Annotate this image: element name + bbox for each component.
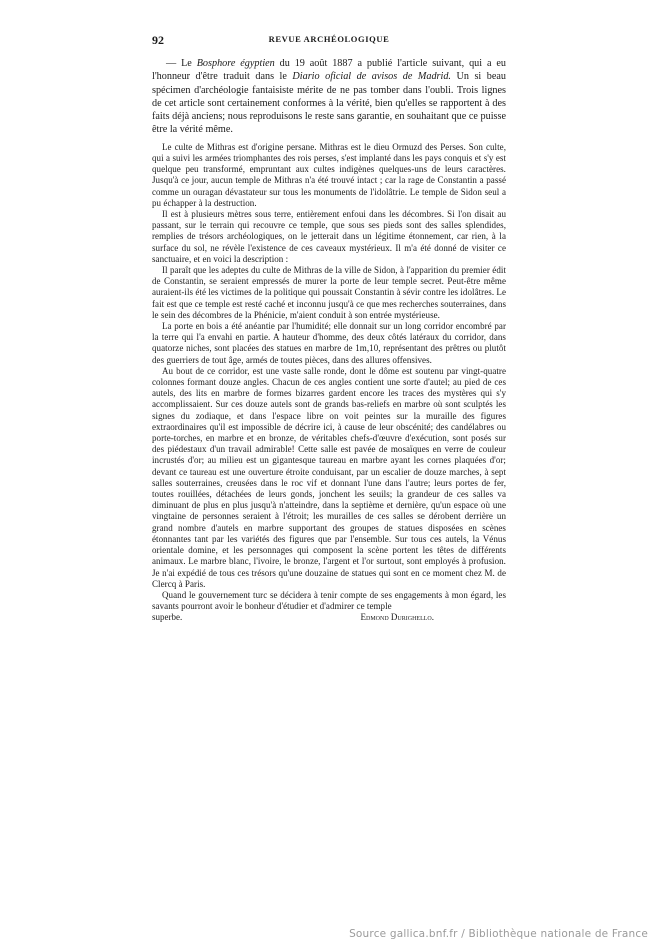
closing-word: superbe. bbox=[152, 612, 182, 622]
running-title: REVUE ARCHÉOLOGIQUE bbox=[152, 34, 506, 44]
journal-name: Bosphore égyptien bbox=[197, 58, 275, 69]
article-paragraph: Quand le gouvernement turc se décidera à… bbox=[152, 590, 506, 612]
quoted-article: Le culte de Mithras est d'origine persan… bbox=[152, 142, 506, 624]
intro-paragraph: — Le Bosphore égyptien du 19 août 1887 a… bbox=[152, 57, 506, 137]
article-paragraph: Il paraît que les adeptes du culte de Mi… bbox=[152, 265, 506, 321]
closing-line: superbe. Edmond Durighello. bbox=[152, 612, 506, 623]
author-signature: Edmond Durighello. bbox=[361, 612, 435, 623]
document-page: 92 REVUE ARCHÉOLOGIQUE — Le Bosphore égy… bbox=[152, 33, 506, 624]
article-paragraph: Au bout de ce corridor, est une vaste sa… bbox=[152, 366, 506, 590]
page-header: 92 REVUE ARCHÉOLOGIQUE bbox=[152, 33, 506, 47]
article-paragraph: Le culte de Mithras est d'origine persan… bbox=[152, 142, 506, 209]
journal-name-2: Diario oficial de avisos de Madrid. bbox=[292, 71, 451, 82]
article-paragraph: La porte en bois a été anéantie par l'hu… bbox=[152, 321, 506, 366]
intro-dash: — Le bbox=[166, 58, 197, 69]
article-paragraph: Il est à plusieurs mètres sous terre, en… bbox=[152, 209, 506, 265]
source-attribution: Source gallica.bnf.fr / Bibliothèque nat… bbox=[349, 928, 648, 940]
